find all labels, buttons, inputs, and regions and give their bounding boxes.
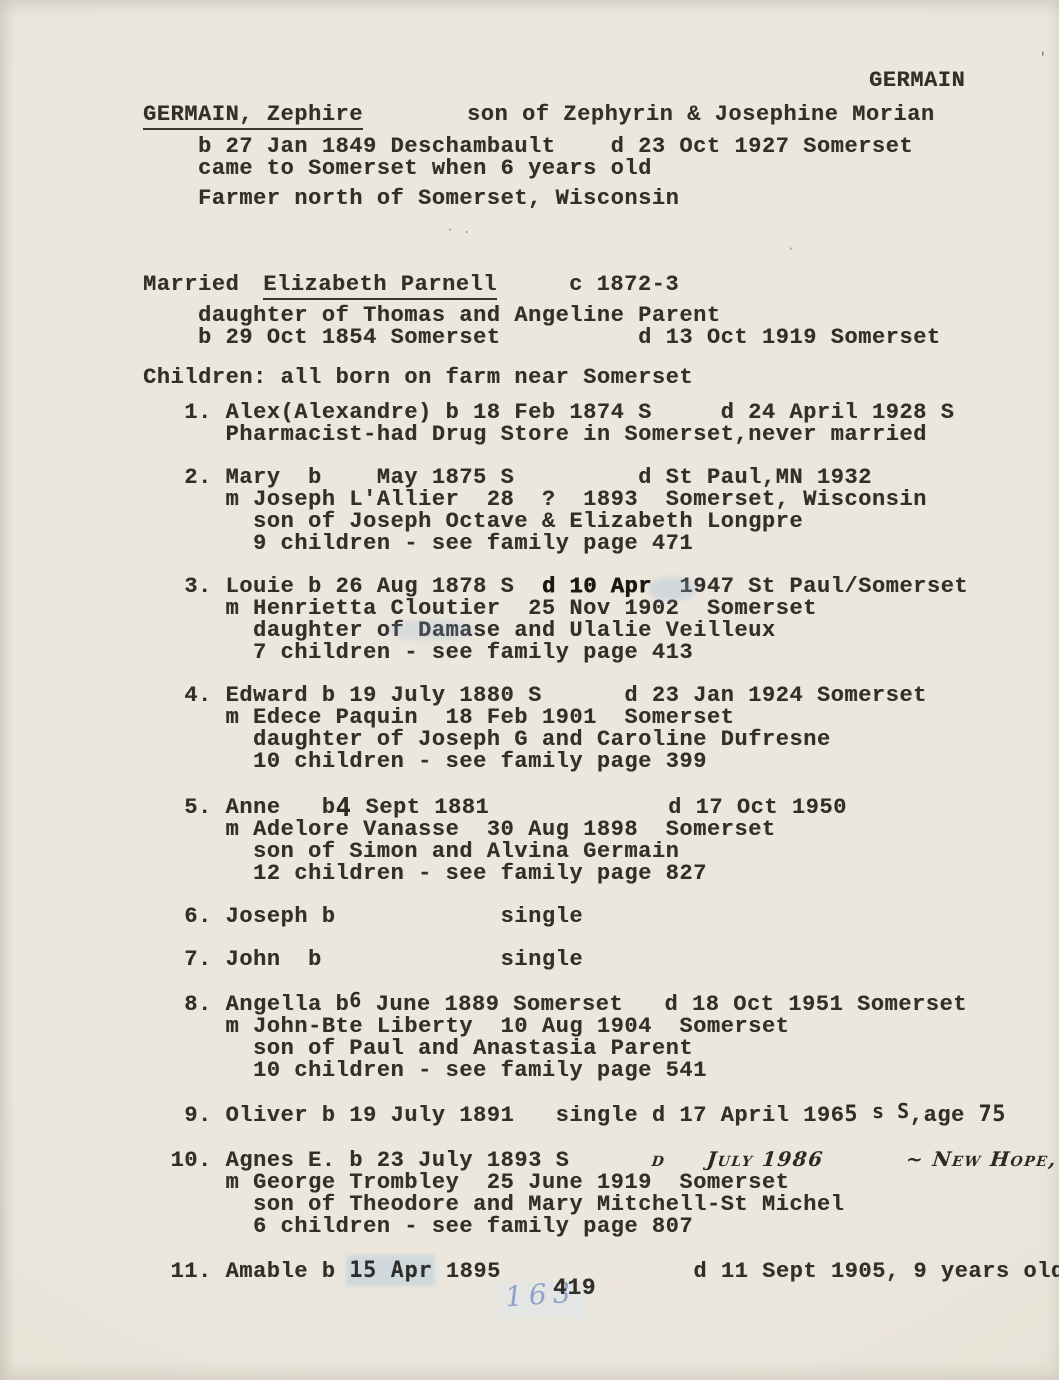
typed-addition: 75 xyxy=(978,1102,1006,1127)
child-number: 11. xyxy=(143,1259,226,1284)
child-main-line: 8. Angella b6 June 1889 Somerset d 18 Oc… xyxy=(143,992,1059,1016)
child-detail-line: m John-Bte Liberty 10 Aug 1904 Somerset xyxy=(143,1016,1059,1038)
indent xyxy=(143,749,226,774)
person-occupation-line: Farmer north of Somerset, Wisconsin xyxy=(143,188,935,210)
marriage-label: Married xyxy=(143,272,239,297)
child-main-line: 11. Amable b 15 Apr 1895 d 11 Sept 1905,… xyxy=(143,1259,1059,1283)
typed-text: ,age xyxy=(910,1103,979,1128)
child-entry: 9. Oliver b 19 July 1891 single d 17 Apr… xyxy=(143,1103,1059,1127)
child-detail-line: daughter of Joseph G and Caroline Dufres… xyxy=(143,729,1059,751)
indent xyxy=(143,422,226,447)
child-main-line: 1. Alex(Alexandre) b 18 Feb 1874 S d 24 … xyxy=(143,402,1059,424)
typed-text: Oliver b 19 July 1891 single d 17 April … xyxy=(226,1103,845,1128)
child-detail-line: son of Simon and Alvina Germain xyxy=(143,841,1059,863)
typed-text: 12 children - see family page 827 xyxy=(226,861,707,886)
indent xyxy=(143,640,226,665)
typed-addition: 5 xyxy=(844,1102,858,1127)
child-detail-line: 10 children - see family page 399 xyxy=(143,751,1059,773)
marriage-circa: c 1872-3 xyxy=(569,272,679,297)
typed-text: Joseph b single xyxy=(226,904,584,929)
child-main-line: 4. Edward b 19 July 1880 S d 23 Jan 1924… xyxy=(143,685,1059,707)
typed-text: 9 children - see family page 471 xyxy=(226,531,694,556)
indent xyxy=(143,531,226,556)
typed-addition: s S xyxy=(872,1099,910,1123)
child-detail-line: son of Paul and Anastasia Parent xyxy=(143,1038,1059,1060)
typed-text: 7 children - see family page 413 xyxy=(226,640,694,665)
child-main-line: 7. John b single xyxy=(143,949,1059,971)
child-detail-line: son of Theodore and Mary Mitchell-St Mic… xyxy=(143,1194,1059,1216)
child-number: 6. xyxy=(143,904,226,929)
child-detail-line: m Joseph L'Allier 28 ? 1893 Somerset, Wi… xyxy=(143,489,1059,511)
typed-text: d 11 Sept 1905, 9 years old xyxy=(693,1259,1059,1284)
handwritten-note: ~ New Hope, MN xyxy=(905,1148,1059,1170)
child-entry: 7. John b single xyxy=(143,949,1059,971)
typed-text xyxy=(858,1103,872,1128)
typed-addition: 6 xyxy=(349,988,362,1012)
child-number: 7. xyxy=(143,947,226,972)
child-detail-line: 12 children - see family page 827 xyxy=(143,863,1059,885)
document-page: ' GERMAIN GERMAIN, Zephireson of Zephyri… xyxy=(0,0,1059,1380)
child-detail-line: m Adelore Vanasse 30 Aug 1898 Somerset xyxy=(143,819,1059,841)
child-main-line: 6. Joseph b single xyxy=(143,906,1059,928)
child-main-line: 2. Mary b May 1875 S d St Paul,MN 1932 xyxy=(143,467,1059,489)
scan-speck: · . xyxy=(446,219,471,241)
children-list: 1. Alex(Alexandre) b 18 Feb 1874 S d 24 … xyxy=(143,402,1059,1304)
page-number: 419 xyxy=(553,1277,596,1299)
child-main-line: 9. Oliver b 19 July 1891 single d 17 Apr… xyxy=(143,1103,1059,1127)
typed-addition: 4 xyxy=(336,793,352,823)
typed-text xyxy=(824,1148,907,1173)
ink-smudge xyxy=(648,577,696,601)
spouse-name: Elizabeth Parnell xyxy=(263,272,497,300)
child-entry: 1. Alex(Alexandre) b 18 Feb 1874 S d 24 … xyxy=(143,402,1059,446)
child-entry: 10. Agnes E. b 23 July 1893 S d July 198… xyxy=(143,1148,1059,1238)
handwritten-note: d xyxy=(651,1148,667,1170)
child-main-line: 5. Anne b4 Sept 1881 d 17 Oct 1950 xyxy=(143,794,1059,819)
child-detail-line: m Edece Paquin 18 Feb 1901 Somerset xyxy=(143,707,1059,729)
marriage-record: MarriedElizabeth Parnellc 1872-3 daughte… xyxy=(143,274,941,349)
child-detail-line: 9 children - see family page 471 xyxy=(143,533,1059,555)
surname-header: GERMAIN xyxy=(869,70,965,92)
child-detail-line: 6 children - see family page 807 xyxy=(143,1216,1059,1238)
child-entry: 11. Amable b 15 Apr 1895 d 11 Sept 1905,… xyxy=(143,1259,1059,1283)
handwritten-note: July 1986 xyxy=(706,1148,825,1170)
child-entry: 3. Louie b 26 Aug 1878 S d 10 Apr 1947 S… xyxy=(143,576,1059,664)
child-detail-line: Pharmacist-had Drug Store in Somerset,ne… xyxy=(143,424,1059,446)
spouse-parents-line: daughter of Thomas and Angeline Parent xyxy=(143,305,941,327)
child-detail-line: daughter of Damase and Ulalie Veilleux xyxy=(143,620,1059,642)
marriage-title-line: MarriedElizabeth Parnellc 1872-3 xyxy=(143,274,941,296)
child-main-line: 3. Louie b 26 Aug 1878 S d 10 Apr 1947 S… xyxy=(143,576,1059,598)
child-entry: 2. Mary b May 1875 S d St Paul,MN 1932 m… xyxy=(143,467,1059,555)
spouse-birth-death-line: b 29 Oct 1854 Somerset d 13 Oct 1919 Som… xyxy=(143,327,941,349)
person-birth-death-line: b 27 Jan 1849 Deschambault d 23 Oct 1927… xyxy=(143,136,935,158)
person-parents: son of Zephyrin & Josephine Morian xyxy=(467,102,935,127)
typed-addition: 15 Apr xyxy=(349,1258,432,1283)
child-detail-line: son of Joseph Octave & Elizabeth Longpre xyxy=(143,511,1059,533)
typed-text: 10 children - see family page 399 xyxy=(226,749,707,774)
child-entry: 4. Edward b 19 July 1880 S d 23 Jan 1924… xyxy=(143,685,1059,773)
child-entry: 8. Angella b6 June 1889 Somerset d 18 Oc… xyxy=(143,992,1059,1082)
child-number: 9. xyxy=(143,1103,226,1128)
children-heading: Children: all born on farm near Somerset xyxy=(143,367,693,389)
typed-text: 6 children - see family page 807 xyxy=(226,1214,694,1239)
corner-ink-mark: ' xyxy=(1038,48,1048,70)
child-detail-line: m George Trombley 25 June 1919 Somerset xyxy=(143,1172,1059,1194)
person-title-line: GERMAIN, Zephireson of Zephyrin & Joseph… xyxy=(143,104,935,126)
typed-text: Amable b xyxy=(226,1259,350,1284)
ink-smudge xyxy=(388,619,474,641)
person-name: GERMAIN, Zephire xyxy=(143,102,363,130)
typed-text: John b single xyxy=(226,947,584,972)
person-record: GERMAIN, Zephireson of Zephyrin & Joseph… xyxy=(143,104,935,210)
typed-text: Pharmacist-had Drug Store in Somerset,ne… xyxy=(226,422,927,447)
child-detail-line: 7 children - see family page 413 xyxy=(143,642,1059,664)
child-detail-line: 10 children - see family page 541 xyxy=(143,1060,1059,1082)
typed-text: 10 children - see family page 541 xyxy=(226,1058,707,1083)
indent xyxy=(143,1214,226,1239)
person-note-line: came to Somerset when 6 years old xyxy=(143,158,935,180)
child-main-line: 10. Agnes E. b 23 July 1893 S d July 198… xyxy=(143,1148,1059,1172)
indent xyxy=(143,1058,226,1083)
scan-speck: · xyxy=(787,238,795,260)
child-entry: 5. Anne b4 Sept 1881 d 17 Oct 1950 m Ade… xyxy=(143,794,1059,885)
child-detail-line: m Henrietta Cloutier 25 Nov 1902 Somerse… xyxy=(143,598,1059,620)
child-entry: 6. Joseph b single xyxy=(143,906,1059,928)
indent xyxy=(143,861,226,886)
